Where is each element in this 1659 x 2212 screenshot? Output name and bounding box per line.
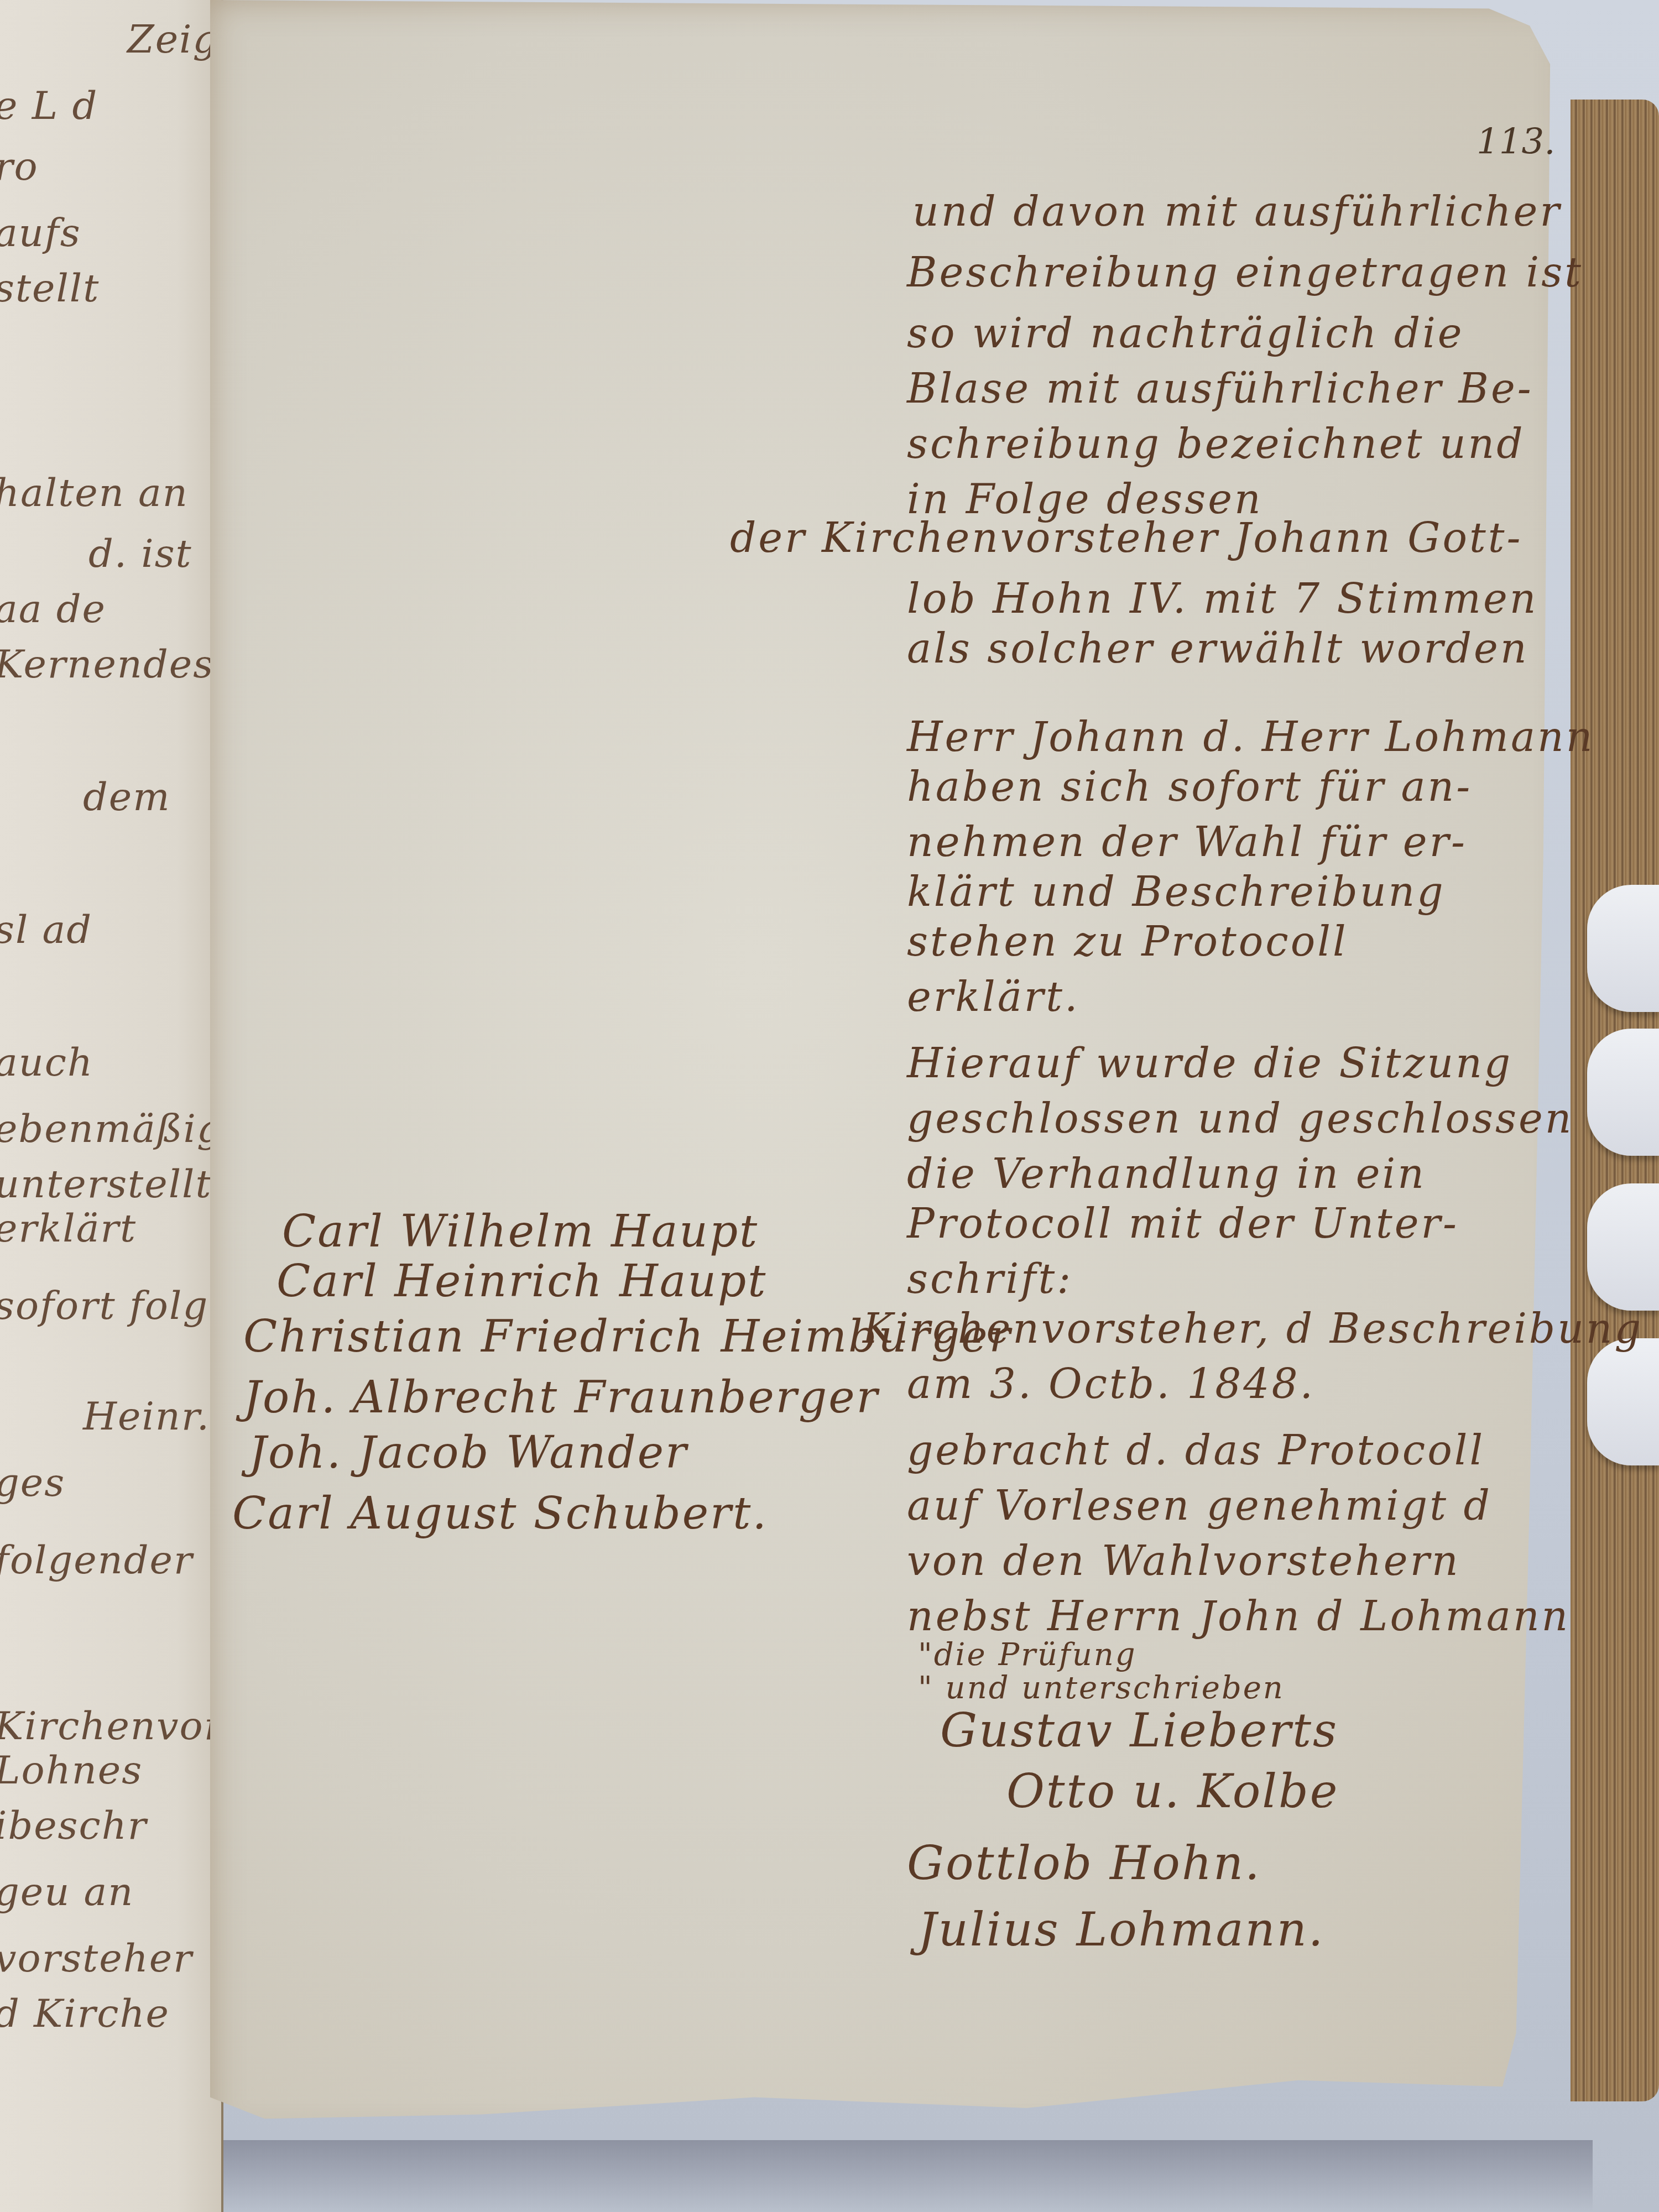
body-line: als solcher erwählt worden	[907, 625, 1529, 672]
name-entry: Carl Heinrich Haupt	[276, 1255, 767, 1307]
left-page-line: Zeig	[127, 17, 218, 62]
body-line: Herr Johann d. Herr Lohmann	[907, 713, 1594, 761]
left-page-line: Lohnes	[0, 1747, 143, 1793]
left-page-line: unterstellt	[0, 1161, 212, 1207]
left-page-line: dem	[83, 774, 171, 820]
left-page-line: aufs	[0, 210, 81, 255]
glove-finger	[1587, 1029, 1659, 1156]
left-page-line: folgender	[0, 1537, 193, 1583]
body-line: und davon mit ausführlicher	[912, 188, 1562, 236]
marginal-note: "die Prüfung	[918, 1637, 1137, 1673]
left-page-line: stellt	[0, 265, 100, 311]
left-page-line: d Kirche	[0, 1991, 170, 2036]
left-page-line: ges	[0, 1460, 65, 1505]
body-line: geschlossen und geschlossen	[907, 1095, 1573, 1142]
signature: Julius Lohmann.	[918, 1902, 1325, 1957]
body-line: so wird nachträglich die	[907, 310, 1464, 357]
left-page-line: ro	[0, 144, 39, 189]
white-glove-hand	[1587, 885, 1659, 1493]
body-line: gebracht d. das Protocoll	[907, 1427, 1485, 1474]
left-page-line: ibeschr	[0, 1803, 147, 1848]
body-line: schreibung bezeichnet und	[907, 420, 1525, 468]
glove-finger	[1587, 885, 1659, 1012]
name-entry: Carl August Schubert.	[232, 1488, 768, 1539]
left-page-line: vorsteher	[0, 1936, 193, 1981]
name-entry: Carl Wilhelm Haupt	[282, 1206, 759, 1257]
left-page-line: geu an	[0, 1869, 134, 1914]
left-page-text: Zeig e L d ro aufs stellt halten an d. i…	[0, 0, 210, 2101]
page-number: 113.	[1477, 122, 1556, 163]
body-line: Protocoll mit der Unter-	[907, 1200, 1459, 1248]
body-line: auf Vorlesen genehmigt d	[907, 1482, 1492, 1530]
left-page-line: aa de	[0, 586, 106, 632]
left-page-line: d. ist	[88, 531, 192, 576]
body-line: der Kirchenvorsteher Johann Gott-	[730, 514, 1523, 562]
left-page-line: erklärt	[0, 1206, 137, 1251]
signature: Otto u. Kolbe	[1006, 1764, 1339, 1818]
glove-finger	[1587, 1183, 1659, 1311]
left-page-line: halten an	[0, 470, 189, 515]
body-line: schrift:	[907, 1255, 1073, 1303]
page-shadow	[210, 2140, 1593, 2212]
name-entry: Joh. Albrecht Fraunberger	[243, 1371, 879, 1423]
body-line: stehen zu Protocoll	[907, 918, 1348, 966]
left-page-line: sofort folge	[0, 1283, 233, 1328]
body-line: Beschreibung eingetragen ist	[907, 249, 1583, 296]
marginal-note: " und unterschrieben	[918, 1670, 1285, 1706]
body-line: nebst Herrn John d Lohmann	[907, 1593, 1570, 1640]
date-line: am 3. Octb. 1848.	[907, 1360, 1315, 1408]
left-facing-page: Zeig e L d ro aufs stellt halten an d. i…	[0, 0, 223, 2212]
name-entry: Christian Friedrich Heimburger	[243, 1311, 1012, 1362]
left-page-line: sl ad	[0, 907, 92, 952]
body-line: nehmen der Wahl für er-	[907, 818, 1467, 866]
body-line: haben sich sofort für an-	[907, 763, 1472, 811]
glove-finger	[1587, 1338, 1659, 1465]
signature: Gustav Lieberts	[940, 1703, 1338, 1757]
body-line: von den Wahlvorstehern	[907, 1537, 1460, 1585]
body-line: die Verhandlung in ein	[907, 1150, 1426, 1198]
left-page-line: Kernendes	[0, 641, 214, 687]
body-line: lob Hohn IV. mit 7 Stimmen	[907, 575, 1538, 623]
body-line: Hierauf wurde die Sitzung	[907, 1040, 1512, 1087]
signature: Gottlob Hohn.	[907, 1836, 1261, 1890]
body-line: erklärt.	[907, 973, 1079, 1021]
left-page-line: auch	[0, 1040, 93, 1085]
left-page-line: ebenmäßige	[0, 1106, 247, 1151]
body-line: klärt und Beschreibung	[907, 868, 1446, 916]
body-line: Blase mit ausführlicher Be-	[907, 365, 1533, 413]
left-page-line: e L d	[0, 83, 98, 128]
name-entry: Joh. Jacob Wander	[249, 1427, 688, 1478]
